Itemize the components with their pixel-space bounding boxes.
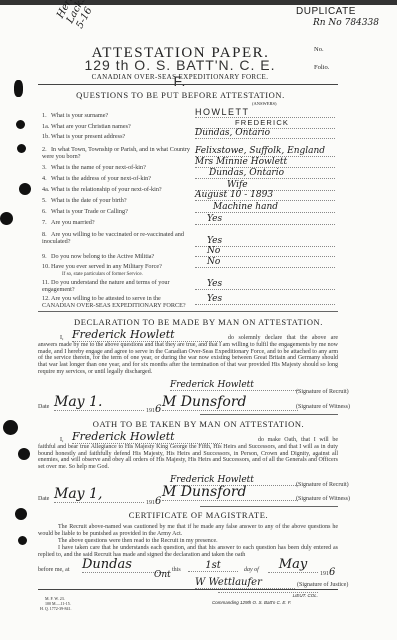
certificate-title: CERTIFICATE OF MAGISTRATE.: [0, 510, 397, 520]
declaration-recruit-sig-label: (Signature of Recruit): [296, 389, 349, 395]
regimental-number: Rn No 784338: [313, 18, 379, 28]
question-5: 5.What is the date of your birth?: [42, 197, 192, 204]
certificate-province: Ont: [154, 570, 171, 580]
answer-6: Machine hand: [195, 202, 335, 213]
oath-year: 1916: [146, 496, 161, 507]
answer-10: No: [195, 257, 335, 268]
declaration-date: May 1.: [54, 394, 144, 411]
question-2: 2.In what Town, Township or Parish, and …: [42, 146, 192, 160]
answer-11: Yes: [195, 279, 335, 290]
certificate-day: 1st: [188, 560, 238, 572]
questions-section-title: QUESTIONS TO BE PUT BEFORE ATTESTATION.: [0, 90, 379, 100]
punch-hole: [16, 120, 25, 129]
question-3: 3.What is the name of your next-of-kin?: [42, 164, 192, 171]
answer-5: August 10 - 1893: [195, 190, 335, 201]
answer-12: Yes: [195, 294, 335, 305]
punch-hole: [18, 448, 30, 460]
question-10: 10.Have you ever served in any Military …: [42, 263, 192, 278]
question-1b: 1b.What is your present address?: [42, 133, 192, 140]
punch-hole: [0, 212, 13, 225]
certificate-day-of-label: day of: [244, 567, 259, 573]
answer-7: Yes: [195, 214, 335, 225]
answer-3: Mrs Minnie Howlett: [195, 157, 335, 168]
oath-witness-sig-label: (Signature of Witness): [296, 496, 350, 502]
question-8: 8.Are you willing to be vaccinated or re…: [42, 231, 192, 245]
certificate-month: May: [268, 557, 318, 573]
divider: [38, 84, 338, 85]
question-12: 12.Are you willing to be attested to ser…: [42, 295, 192, 309]
justice-signature: W Wettlaufer: [195, 577, 295, 589]
divider: [200, 414, 338, 415]
question-1: 1.What is your surname?: [42, 112, 192, 119]
answer-2: Felixstowe, Suffolk, England: [195, 146, 335, 157]
footer-code: H. Q. 1772-39-841.: [40, 606, 71, 611]
declaration-witness-sig-label: (Signature of Witness): [296, 404, 350, 410]
certificate-this-label: this: [172, 567, 181, 573]
answer-1b: Dundas, Ontario: [195, 128, 335, 139]
declaration-title: DECLARATION TO BE MADE BY MAN ON ATTESTA…: [0, 317, 397, 327]
answer-9: No: [195, 246, 335, 257]
answer-4: Dundas, Ontario: [195, 168, 335, 179]
oath-date-label: Date: [38, 496, 49, 502]
oath-text: do make Oath, that I will be faithful an…: [38, 437, 338, 471]
question-11: 11.Do you understand the nature and term…: [42, 279, 192, 293]
justice-sig-label: (Signature of Justice): [297, 582, 348, 588]
question-4a: 4a.What is the relationship of your next…: [42, 186, 192, 193]
certificate-text-1: The Recruit above-named was cautioned by…: [38, 524, 338, 538]
divider: [200, 506, 338, 507]
question-6: 6.What is your Trade or Calling?: [42, 208, 192, 215]
declaration-recruit-signature: Frederick Howlett: [170, 380, 298, 391]
question-1a: 1a.What are your Christian names?: [42, 123, 192, 130]
answers-label: (ANSWERS): [252, 101, 277, 106]
duplicate-stamp: DUPLICATE: [296, 6, 356, 17]
certificate-before-label: before me, at: [38, 567, 69, 573]
folio-label: Folio.: [314, 64, 329, 71]
punch-hole: [18, 536, 27, 545]
oath-recruit-sig-label: (Signature of Recruit): [296, 482, 349, 488]
oath-date: May 1,: [54, 486, 144, 503]
certificate-text-2: The above questions were then read to th…: [38, 538, 338, 545]
question-7: 7.Are you married?: [42, 219, 192, 226]
rank-label: LIEUT. COL.: [218, 592, 318, 598]
declaration-text: do solemnly declare that the above are a…: [38, 335, 338, 376]
declaration-year: 1916: [146, 404, 161, 415]
oath-title: OATH TO BE TAKEN BY MAN ON ATTESTATION.: [0, 419, 397, 429]
declaration-witness-signature: M Dunsford: [162, 394, 298, 411]
divider: [38, 589, 338, 590]
no-label: No.: [314, 46, 324, 53]
answer-1: HOWLETT: [195, 107, 335, 118]
divider: [38, 311, 338, 312]
question-4: 4.What is the address of your next-of-ki…: [42, 175, 192, 182]
oath-witness-signature: M Dunsford: [162, 484, 298, 501]
question-9: 9.Do you now belong to the Active Militi…: [42, 253, 192, 260]
declaration-date-label: Date: [38, 404, 49, 410]
commanding-label: Commanding 129th O. S. Batt'n C. E. F.: [212, 600, 291, 605]
punch-hole: [19, 183, 31, 195]
punch-hole: [17, 144, 26, 153]
page-subtitle: CANADIAN OVER-SEAS EXPEDITIONARY FORCE.: [0, 73, 360, 81]
certificate-year: 1916: [320, 567, 335, 578]
